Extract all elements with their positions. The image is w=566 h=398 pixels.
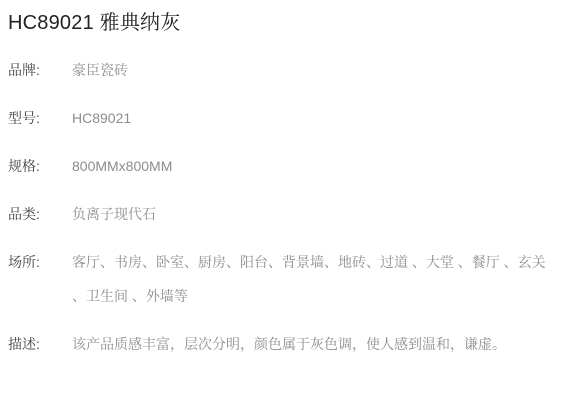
spec-label-category: 品类: xyxy=(8,197,72,231)
spec-value-places: 客厅、书房、卧室、厨房、阳台、背景墙、地砖、过道 、大堂 、餐厅 、玄关 、卫生… xyxy=(72,245,564,313)
spec-label-size: 规格: xyxy=(8,149,72,183)
spec-label-model: 型号: xyxy=(8,101,72,135)
spec-label-description: 描述: xyxy=(8,327,72,361)
spec-value-category: 负离子现代石 xyxy=(72,197,564,231)
spec-row-description: 描述: 该产品质感丰富，层次分明，颜色属于灰色调，使人感到温和，谦虚。 xyxy=(8,327,564,361)
spec-row-brand: 品牌: 豪臣瓷砖 xyxy=(8,53,564,87)
spec-row-size: 规格: 800MMx800MM xyxy=(8,149,564,183)
spec-row-category: 品类: 负离子现代石 xyxy=(8,197,564,231)
product-detail-page: HC89021 雅典纳灰 品牌: 豪臣瓷砖 型号: HC89021 规格: 80… xyxy=(0,0,566,398)
spec-row-places: 场所: 客厅、书房、卧室、厨房、阳台、背景墙、地砖、过道 、大堂 、餐厅 、玄关… xyxy=(8,245,564,313)
spec-label-places: 场所: xyxy=(8,245,72,279)
spec-row-model: 型号: HC89021 xyxy=(8,101,564,135)
spec-value-description: 该产品质感丰富，层次分明，颜色属于灰色调，使人感到温和，谦虚。 xyxy=(72,327,564,361)
product-spec-table: 品牌: 豪臣瓷砖 型号: HC89021 规格: 800MMx800MM 品类:… xyxy=(8,53,564,361)
product-title: HC89021 雅典纳灰 xyxy=(8,10,564,36)
spec-value-size: 800MMx800MM xyxy=(72,149,564,183)
spec-value-brand: 豪臣瓷砖 xyxy=(72,53,564,87)
spec-label-brand: 品牌: xyxy=(8,53,72,87)
spec-value-model: HC89021 xyxy=(72,101,564,135)
